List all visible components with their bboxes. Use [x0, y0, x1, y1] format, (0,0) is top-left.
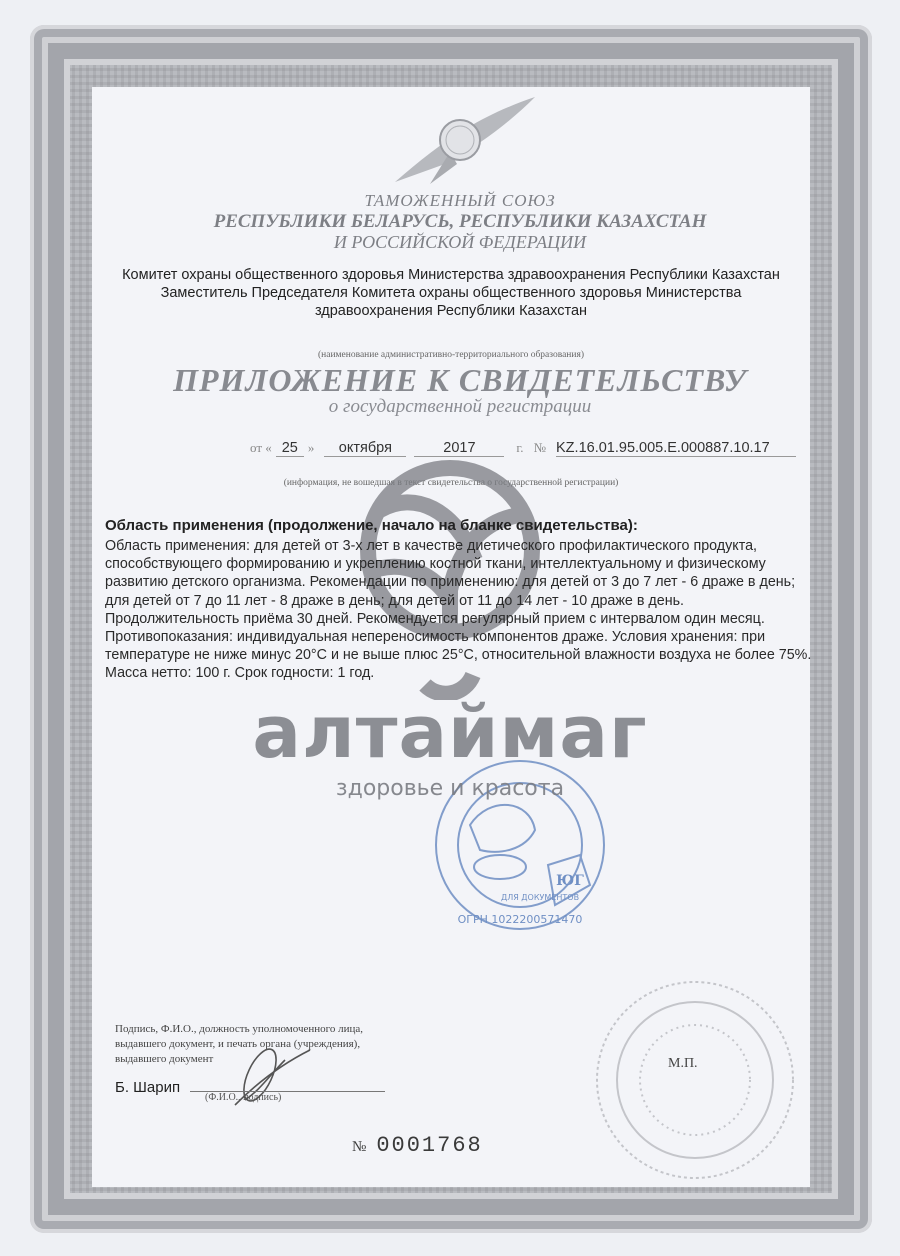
handwritten-signature-icon: [225, 1045, 315, 1115]
authority-line-2: Заместитель Председателя Комитета охраны…: [92, 284, 810, 302]
serial-prefix: №: [352, 1139, 366, 1155]
svg-text:ДЛЯ ДОКУМЕНТОВ: ДЛЯ ДОКУМЕНТОВ: [501, 893, 579, 902]
official-seal-icon: [590, 975, 800, 1185]
seal-place-label: М.П.: [668, 1056, 698, 1072]
svg-text:ЮГ: ЮГ: [556, 873, 584, 889]
serial-number: №0001768: [352, 1133, 483, 1158]
authority-line-1: Комитет охраны общественного здоровья Ми…: [92, 266, 810, 284]
serial-value: 0001768: [376, 1133, 482, 1158]
quote-close: »: [308, 440, 315, 455]
from-label: от «: [250, 440, 272, 455]
stamp-ogrn: ОГРН 1022200571470: [458, 913, 583, 926]
section-body: Область применения: для детей от 3-х лет…: [105, 537, 817, 683]
section-heading: Область применения (продолжение, начало …: [105, 517, 638, 534]
customs-union-header: ТАМОЖЕННЫЙ СОЮЗ РЕСПУБЛИКИ БЕЛАРУСЬ, РЕС…: [200, 190, 720, 253]
issuing-authority: Комитет охраны общественного здоровья Ми…: [92, 266, 810, 320]
authority-line-3: здравоохранения Республики Казахстан: [92, 302, 810, 320]
registration-number: KZ.16.01.95.005.E.000887.10.17: [556, 440, 796, 457]
date-day: 25: [276, 440, 304, 457]
union-line-1: ТАМОЖЕННЫЙ СОЮЗ: [200, 190, 720, 211]
customs-union-emblem-icon: [375, 92, 545, 187]
authority-caption: (наименование административно-территориа…: [92, 350, 810, 360]
signature-sub-caption: (Ф.И.О., подпись): [205, 1092, 281, 1103]
signer-name: Б. Шарип: [115, 1079, 180, 1096]
document-subtitle: о государственной регистрации: [170, 396, 750, 418]
watermark-tagline: здоровье и красота: [205, 776, 695, 801]
union-line-3: И РОССИЙСКОЙ ФЕДЕРАЦИИ: [200, 232, 720, 253]
document-title: ПРИЛОЖЕНИЕ К СВИДЕТЕЛЬСТВУ: [170, 362, 750, 399]
union-line-2: РЕСПУБЛИКИ БЕЛАРУСЬ, РЕСПУБЛИКИ КАЗАХСТА…: [200, 211, 720, 232]
